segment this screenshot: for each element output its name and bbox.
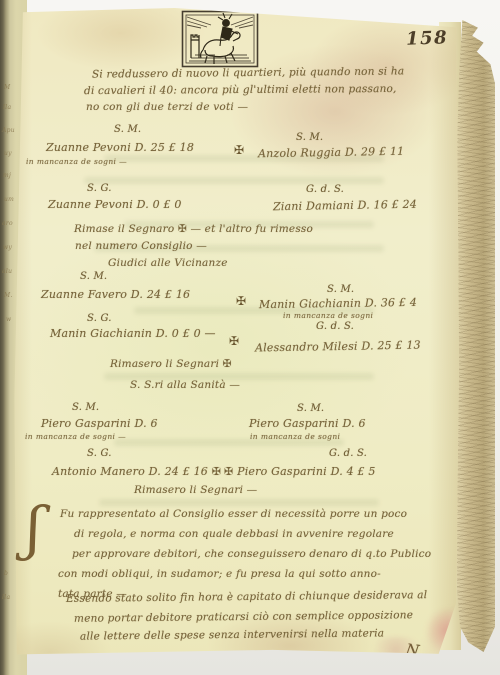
ledger-entry: ✠ Piero Gasparini D. 4 £ 5 xyxy=(224,465,376,478)
ledger-entry: Piero Gasparini D. 6 xyxy=(41,417,158,430)
handwriting-line: con modi obliqui, in sudamor; e fu presa… xyxy=(58,568,381,580)
edge-text-fragment: alu xyxy=(2,268,12,275)
ledger-entry: Manin Giachianin D. 36 £ 4 xyxy=(259,296,417,311)
column-header: S. M. xyxy=(80,271,107,282)
column-header: G. d. S. xyxy=(329,448,367,459)
handwriting-line: Essendo stato solito fin hora è capitato… xyxy=(66,589,427,605)
ledger-note: Rimasero li Segnari — xyxy=(134,484,257,496)
edge-text-fragment: Apu xyxy=(2,127,15,134)
column-header: S. G. xyxy=(87,448,112,459)
edge-text-fragment: aro xyxy=(2,220,13,227)
handwriting-line: per approvare debitori, che conseguisser… xyxy=(72,548,431,560)
fore-edge-paper-stack xyxy=(457,20,495,652)
handwriting-line: alle lettere delle spese senza interveni… xyxy=(80,627,384,642)
ledger-note: Rimase il Segnaro ✠ — et l'altro fu rime… xyxy=(74,223,313,235)
ledger-entry: Ziani Damiani D. 16 £ 24 xyxy=(273,198,417,214)
ledger-entry-note: in mancanza de sogni — xyxy=(26,157,127,166)
ink-bleedthrough xyxy=(84,177,384,184)
edge-text-fragment: um xyxy=(4,196,14,203)
ledger-entry: Alessandro Milesi D. 25 £ 13 xyxy=(255,339,421,355)
main-page: 158 Si reddussero di nuovo li quartieri,… xyxy=(14,7,460,659)
handwriting-line: no con gli due terzi de voti — xyxy=(86,101,248,113)
horseman-woodcut-stamp xyxy=(181,10,259,68)
ledger-entry-note: in mancanza de sogni xyxy=(283,311,373,320)
edge-text-fragment: lla xyxy=(3,104,11,111)
edge-text-fragment: uy xyxy=(4,150,12,157)
column-header: S. M. xyxy=(72,402,99,413)
column-header: S. M. xyxy=(114,124,141,135)
edge-text-fragment: mj xyxy=(3,172,11,179)
edge-text-fragment: w xyxy=(6,316,11,323)
ballot-cross-icon: ✠ xyxy=(229,334,239,348)
column-header: S. M. xyxy=(296,132,323,143)
ballot-cross-icon: ✠ xyxy=(236,294,246,308)
edge-text-fragment: M. xyxy=(4,292,13,299)
ledger-entry: Manin Giachianin D. 0 £ 0 — xyxy=(50,327,216,340)
ledger-entry: Zuanne Favero D. 24 £ 16 xyxy=(41,288,190,301)
handwriting-line: Si reddussero di nuovo li quartieri, più… xyxy=(92,65,404,80)
edge-text-fragment: wy xyxy=(3,244,12,251)
column-header: G. d. S. xyxy=(306,184,344,195)
manuscript-scan: M lla Apu uy mj um aro wy alu M. w b lla… xyxy=(0,0,500,675)
ledger-note: Giudici alle Vicinanze xyxy=(108,257,228,269)
ledger-entry: Antonio Manero D. 24 £ 16 ✠ xyxy=(52,465,221,478)
folio-number: 158 xyxy=(406,27,449,49)
ballot-cross-icon: ✠ xyxy=(234,143,244,157)
ledger-note: nel numero Consiglio — xyxy=(75,240,207,252)
ledger-entry-note: in mancanza de sogni xyxy=(250,432,340,441)
ledger-entry: Zuanne Pevoni D. 0 £ 0 xyxy=(48,198,182,211)
handwriting-line: meno portar debitore praticarsi ciò con … xyxy=(74,609,413,625)
column-header: S. M. xyxy=(297,403,324,414)
edge-text-fragment: b xyxy=(4,570,8,577)
handwriting-line: di cavalieri il 40: ancora più gl'ultimi… xyxy=(84,83,397,97)
handwriting-line: di regola, e norma con quale debbasi in … xyxy=(74,528,394,540)
ledger-note: S. S.ri alla Sanità — xyxy=(130,379,240,391)
paraph-mark: ʃ xyxy=(26,499,42,557)
column-header: S. G. xyxy=(87,183,112,194)
ledger-entry: Anzolo Ruggia D. 29 £ 11 xyxy=(258,145,405,161)
edge-text-fragment: lla xyxy=(2,594,10,601)
column-header: G. d. S. xyxy=(316,321,354,332)
edge-text-fragment: M xyxy=(4,84,10,91)
ledger-entry: Piero Gasparini D. 6 xyxy=(249,417,366,430)
pink-stain xyxy=(366,637,426,663)
column-header: S. M. xyxy=(327,284,354,295)
column-header: S. G. xyxy=(87,313,112,324)
handwriting-line: Fu rappresentato al Consiglio esser di n… xyxy=(60,508,407,520)
ledger-note: Rimasero li Segnari ✠ xyxy=(110,358,232,370)
ledger-entry: Zuanne Pevoni D. 25 £ 18 xyxy=(46,141,194,154)
ink-bleedthrough xyxy=(99,499,379,506)
ledger-entry-note: in mancanza de sogni — xyxy=(25,432,126,441)
